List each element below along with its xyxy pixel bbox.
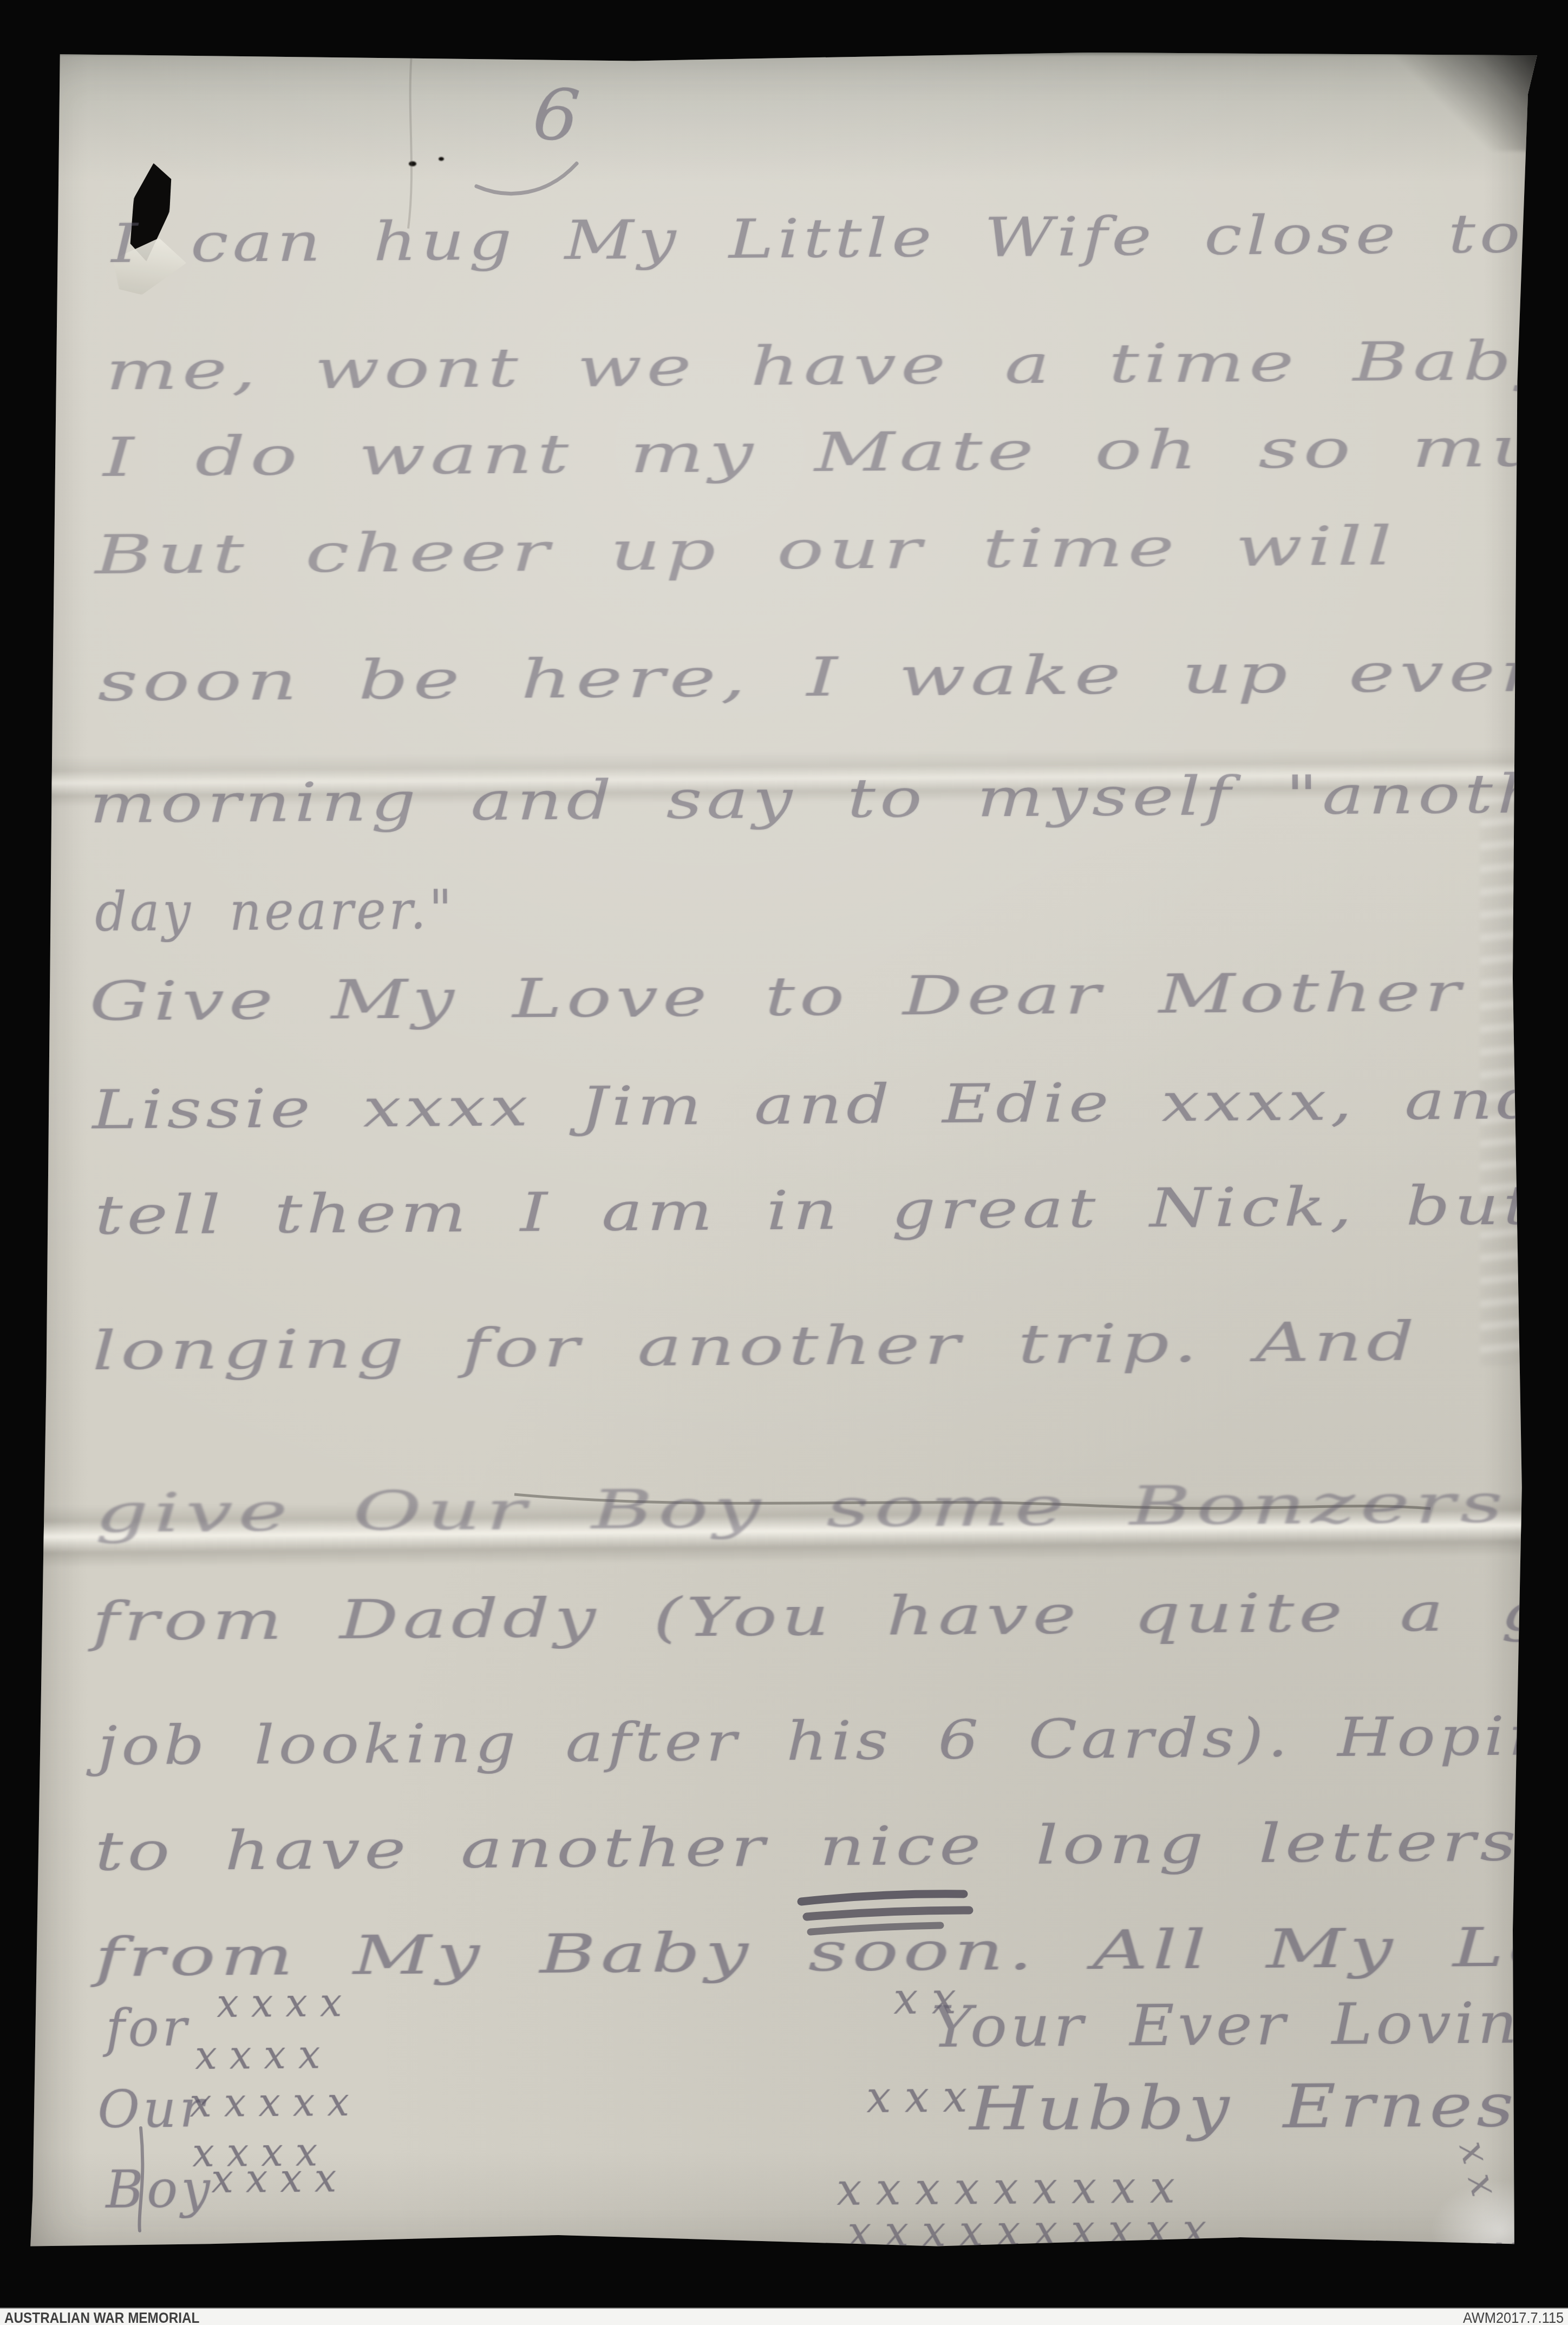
- handwritten-line: longing for another trip. And: [92, 1315, 1419, 1378]
- handwritten-line: tell them I am in great Nick, but: [95, 1178, 1536, 1243]
- handwritten-line: Boy: [106, 2164, 213, 2216]
- scan-background: 6 I can hug My Little Wife close tome, w…: [0, 0, 1568, 2325]
- handwritten-line: But cheer up our time will: [95, 519, 1397, 582]
- handwritten-line: to have another nice long letters: [95, 1815, 1520, 1879]
- handwritten-line: I do want my Mate oh so much: [103, 420, 1568, 485]
- kiss-marks: x x x: [1425, 2230, 1516, 2270]
- handwritten-line: day nearer.": [95, 883, 455, 939]
- handwritten-line: Lissie xxxx Jim and Edie xxxx, and: [92, 1073, 1544, 1137]
- handwritten-line: me, wont we have a time Baby?: [106, 334, 1568, 398]
- handwritten-line: give Our Boy some Bonzers: [95, 1477, 1508, 1540]
- kiss-marks: x x x x: [211, 2158, 337, 2198]
- handwritten-line: Hubby Ernest: [969, 2075, 1551, 2139]
- handwritten-line: I can hug My Little Wife close to: [111, 207, 1525, 271]
- handwritten-line: soon be here, I wake up every: [97, 645, 1568, 709]
- handwritten-line: from Daddy (You have quite a good: [92, 1583, 1568, 1649]
- handwritten-line: morning and say to myself "another: [89, 766, 1568, 831]
- kiss-marks: x x x x: [217, 1983, 342, 2023]
- handwritten-text-layer: I can hug My Little Wife close tome, won…: [28, 50, 1543, 2262]
- kiss-marks: x x: [1453, 2137, 1504, 2200]
- handwritten-line: job looking after his 6 Cards). Hoping: [97, 1709, 1568, 1773]
- handwritten-line: Give My Love to Dear Mother xxxx: [89, 963, 1568, 1029]
- archive-name: AUSTRALIAN WAR MEMORIAL: [4, 2310, 199, 2325]
- handwritten-line: from My Baby soon. All My Love: [95, 1919, 1568, 1984]
- catalog-number: AWM2017.7.115: [1463, 2310, 1564, 2325]
- kiss-marks: x x x: [866, 2075, 968, 2119]
- handwritten-line: for: [106, 2003, 190, 2055]
- letter-page: 6 I can hug My Little Wife close tome, w…: [28, 50, 1543, 2262]
- kiss-marks: x x x x x x x x x: [837, 2166, 1175, 2212]
- kiss-marks: x x x x x: [190, 2082, 349, 2122]
- kiss-marks: x x x x: [195, 2035, 321, 2075]
- kiss-marks: x x x x x x x x x x: [847, 2209, 1207, 2254]
- archive-footer: AUSTRALIAN WAR MEMORIAL AWM2017.7.115: [0, 2308, 1568, 2325]
- handwritten-line: Your Ever Loving: [931, 1995, 1564, 2056]
